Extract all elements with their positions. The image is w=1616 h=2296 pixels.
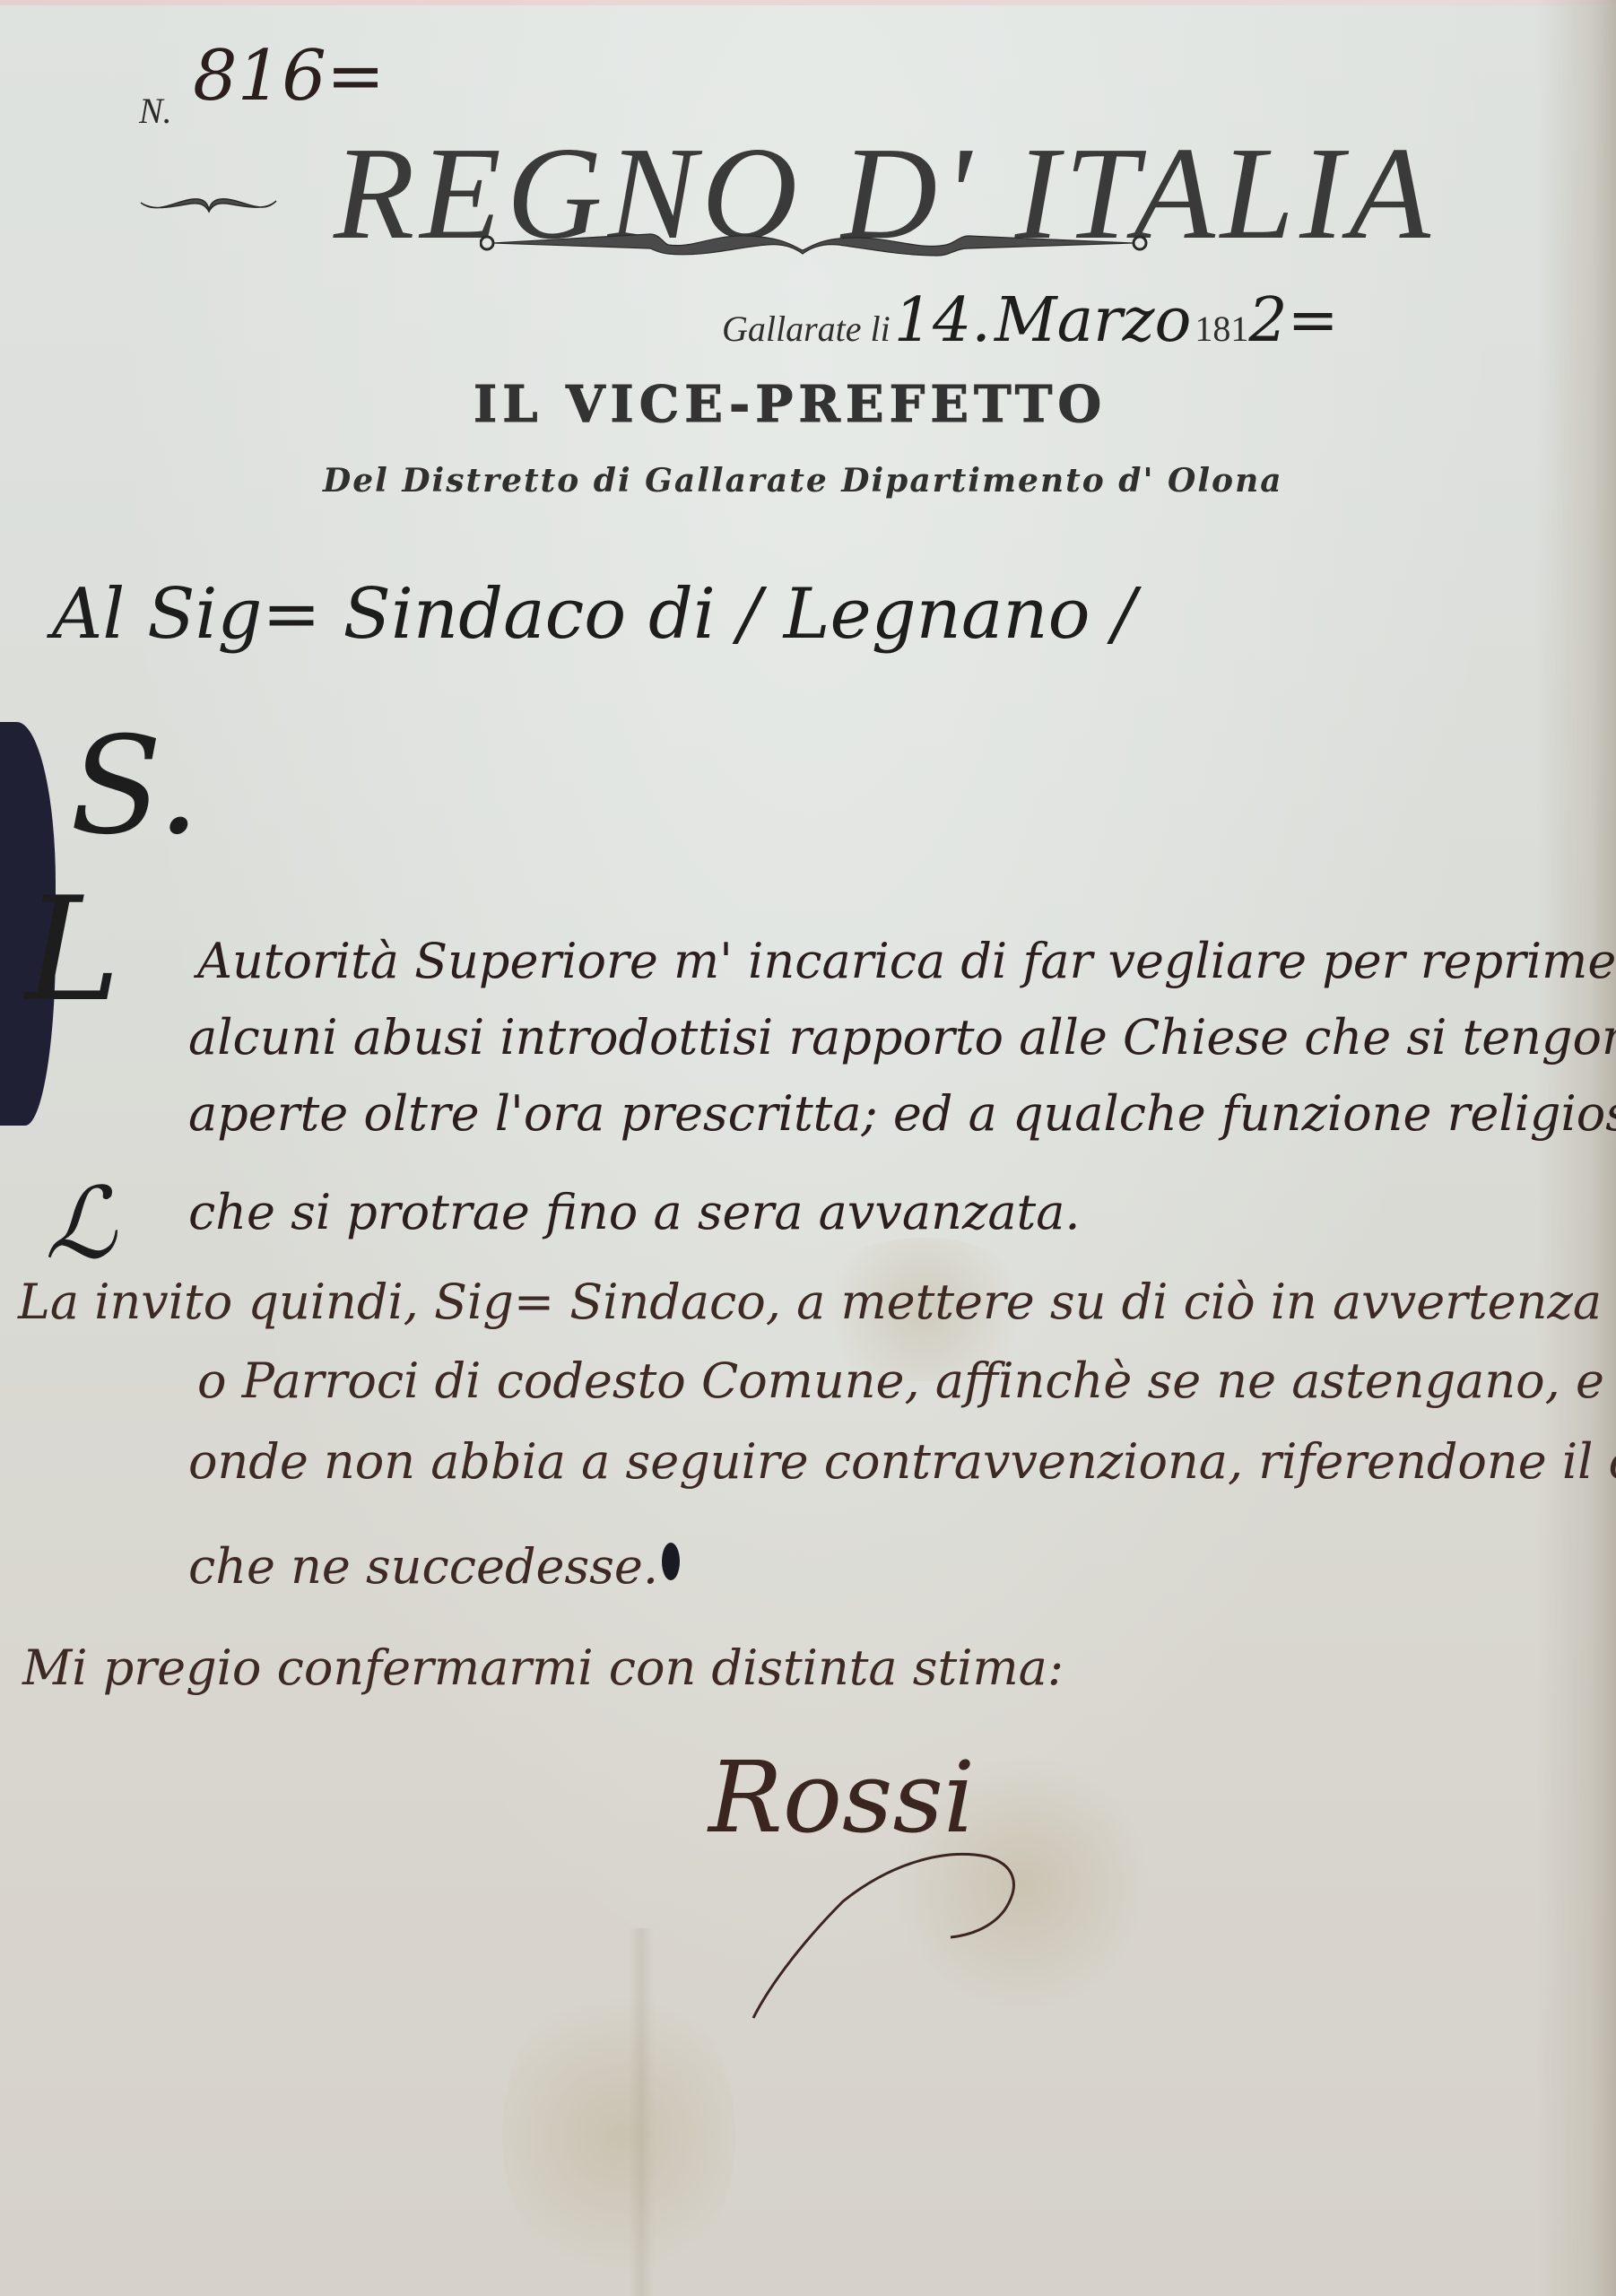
body-line-4: che si protrae fino a sera avvanzata. — [188, 1184, 1081, 1240]
place-date-line: Gallarate li 14. Marzo 1812= — [722, 285, 1339, 356]
body-initial-2: ℒ — [45, 1166, 116, 1281]
paper-right-edge-shadow — [1535, 0, 1616, 2296]
office-heading: IL VICE-PREFETTO — [474, 375, 1107, 434]
body-line-5: La invito quindi, Sig= Sindaco, a metter… — [18, 1274, 1616, 1330]
salutation-initial: S. — [70, 709, 200, 865]
place-prefix: Gallarate li — [722, 309, 891, 349]
signature-flourish-icon — [717, 1803, 1040, 2027]
date-year-printed: 181 — [1195, 309, 1248, 349]
body-initial-1: L — [25, 865, 120, 1033]
registry-number: 816= — [193, 36, 385, 117]
date-day: 14. — [894, 285, 991, 356]
foxing-stain — [502, 1973, 735, 2296]
date-month: Marzo — [995, 285, 1191, 356]
paper-hole — [662, 1543, 680, 1580]
body-line-3: aperte oltre l'ora prescritta; ed a qual… — [188, 1085, 1616, 1142]
paper-top-edge — [0, 0, 1616, 5]
body-line-2: alcuni abusi introdottisi rapporto alle … — [188, 1009, 1616, 1065]
closing-line: Mi pregio confermarmi con distinta stima… — [22, 1639, 1064, 1696]
district-subheading: Del Distretto di Gallarate Dipartimento … — [323, 462, 1283, 500]
paper-fold-line — [628, 1928, 655, 2296]
body-line-8: che ne succedesse. — [188, 1538, 658, 1595]
title-ornament-rule-icon — [480, 229, 1148, 265]
body-line-7: onde non abbia a seguire contravvenziona… — [188, 1433, 1616, 1490]
date-year-hand: 2= — [1248, 285, 1338, 356]
brace-ornament-icon — [139, 188, 278, 215]
addressee-line: Al Sig= Sindaco di / Legnano / — [52, 574, 1136, 655]
body-line-1: Autorità Superiore m' incarica di far ve… — [197, 933, 1616, 989]
body-line-6: o Parroci di codesto Comune, affinchè se… — [197, 1352, 1616, 1409]
registry-label: N. — [139, 90, 172, 132]
